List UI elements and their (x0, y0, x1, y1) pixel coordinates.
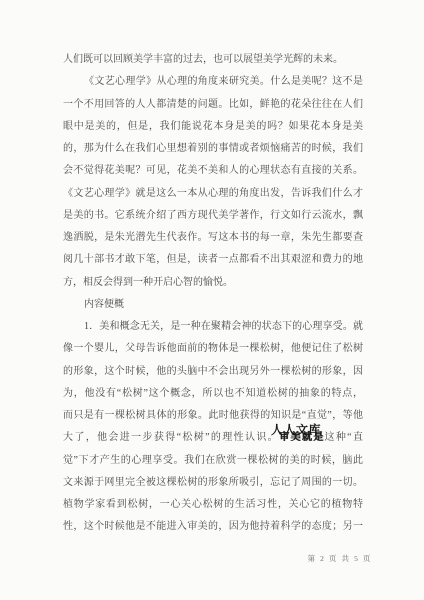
page-number-footer: 第 2 页 共 5 页 (308, 553, 372, 564)
text-line: 《文艺心理学》从心理的角度来研究美。什么是美呢？这不是 (63, 71, 363, 93)
text-line: 觉”下才产生的心理享受。我们在欣赏一棵松树的美的时候，脑此 (63, 450, 363, 472)
document-text-block: 人们既可以回顾美学丰富的过去，也可以展望美学光辉的未来。《文艺心理学》从心理的角… (63, 49, 363, 539)
text-line: 性，这个时候他是不能进入审美的，因为他持着科学的态度；另一 (63, 516, 363, 538)
text-line: 的形象，这个时候，他的头脑中不会出现另外一棵松树的形象，因 (63, 361, 363, 383)
text-line: 是美的书。它系统介绍了西方现代美学著作，行文如行云流水，飘 (63, 205, 363, 227)
text-line: 眼中是美的，但是，我们能说花本身是美的吗？如果花本身是美 (63, 116, 363, 138)
text-line: 植物学家看到松树，一心关心松树的生活习性，关心它的植物特 (63, 494, 363, 516)
text-line: 会不觉得花美呢？可见，花美不美和人的心理状态有直接的关系。 (63, 160, 363, 182)
text-segment: 这种“直 (324, 432, 363, 443)
document-page: 人们既可以回顾美学丰富的过去，也可以展望美学光辉的未来。《文艺心理学》从心理的角… (0, 0, 424, 600)
text-line: 阅几十部书才敢下笔，但是，读者一点都看不出其艰涩和费力的地 (63, 249, 363, 271)
text-segment: 大了，他会进一步获得“松树”的理性认识。 (63, 432, 279, 443)
text-line: 文来源于网里完全被这棵松树的形象所吸引，忘记了周围的一切。 (63, 472, 363, 494)
section-heading: 内容便概 (63, 294, 363, 316)
text-line: 逸洒脱，是朱光潜先生代表作。写这本书的每一章，朱先生都要查 (63, 227, 363, 249)
text-line: 方，相反会得到一种开启心智的愉悦。 (63, 272, 363, 294)
text-line: 为，他没有“松树”这个概念，所以也不知道松树的抽象的特点， (63, 383, 363, 405)
text-line: 1．美和概念无关，是一种在聚精会神的状态下的心理享受。就 (63, 316, 363, 338)
text-line: 人们既可以回顾美学丰富的过去，也可以展望美学光辉的未来。 (63, 49, 363, 71)
text-line: 的，那为什么在我们心里想着别的事情或者烦恼痛苦的时候，我们 (63, 138, 363, 160)
watermark: 人人文库 (271, 423, 321, 437)
text-line: 像一个婴儿，父母告诉他面前的物体是一棵松树，他便记住了松树 (63, 338, 363, 360)
text-line: 一个不用回答的人人都清楚的问题。比如，鲜艳的花朵往往在人们 (63, 94, 363, 116)
text-line: 《文艺心理学》就是这么一本从心理的角度出发，告诉我们什么才 (63, 183, 363, 205)
